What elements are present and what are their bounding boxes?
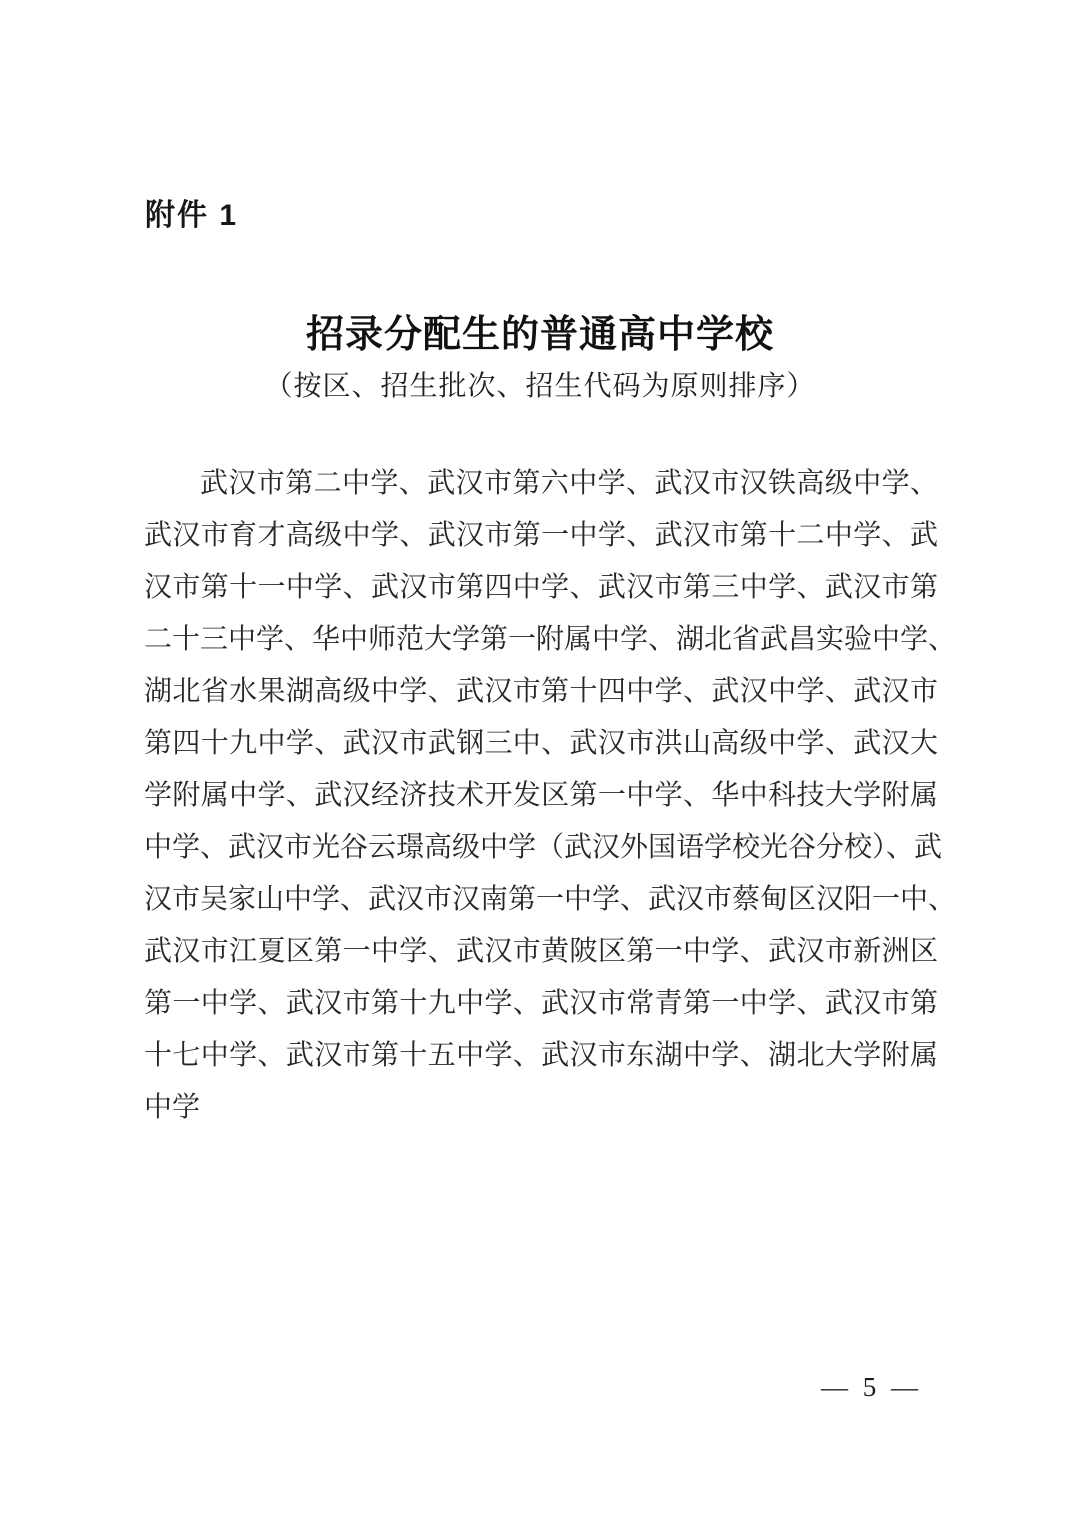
page-number: — 5 — <box>821 1372 922 1403</box>
document-subtitle: （按区、招生批次、招生代码为原则排序） <box>0 364 1080 404</box>
attachment-label: 附件 1 <box>145 190 238 234</box>
paragraph-line: 中学、武汉市光谷云璟高级中学（武汉外国语学校光谷分校）、武 <box>144 822 938 874</box>
paragraph-line: 中学 <box>144 1082 938 1134</box>
paragraph-line: 二十三中学、华中师范大学第一附属中学、湖北省武昌实验中学、 <box>144 614 938 666</box>
document-title: 招录分配生的普通高中学校 <box>0 303 1080 358</box>
paragraph-line: 汉市第十一中学、武汉市第四中学、武汉市第三中学、武汉市第 <box>144 562 938 614</box>
paragraph-line: 湖北省水果湖高级中学、武汉市第十四中学、武汉中学、武汉市 <box>144 666 938 718</box>
paragraph-line: 武汉市育才高级中学、武汉市第一中学、武汉市第十二中学、武 <box>144 510 938 562</box>
paragraph-line: 第一中学、武汉市第十九中学、武汉市常青第一中学、武汉市第 <box>144 978 938 1030</box>
paragraph-line: 武汉市第二中学、武汉市第六中学、武汉市汉铁高级中学、 <box>144 458 938 510</box>
paragraph-line: 学附属中学、武汉经济技术开发区第一中学、华中科技大学附属 <box>144 770 938 822</box>
paragraph-line: 武汉市江夏区第一中学、武汉市黄陂区第一中学、武汉市新洲区 <box>144 926 938 978</box>
paragraph-line: 汉市吴家山中学、武汉市汉南第一中学、武汉市蔡甸区汉阳一中、 <box>144 874 938 926</box>
paragraph-line: 十七中学、武汉市第十五中学、武汉市东湖中学、湖北大学附属 <box>144 1030 938 1082</box>
document-page: 附件 1 招录分配生的普通高中学校 （按区、招生批次、招生代码为原则排序） 武汉… <box>0 0 1080 1527</box>
school-list-paragraph: 武汉市第二中学、武汉市第六中学、武汉市汉铁高级中学、武汉市育才高级中学、武汉市第… <box>144 458 938 1134</box>
paragraph-line: 第四十九中学、武汉市武钢三中、武汉市洪山高级中学、武汉大 <box>144 718 938 770</box>
